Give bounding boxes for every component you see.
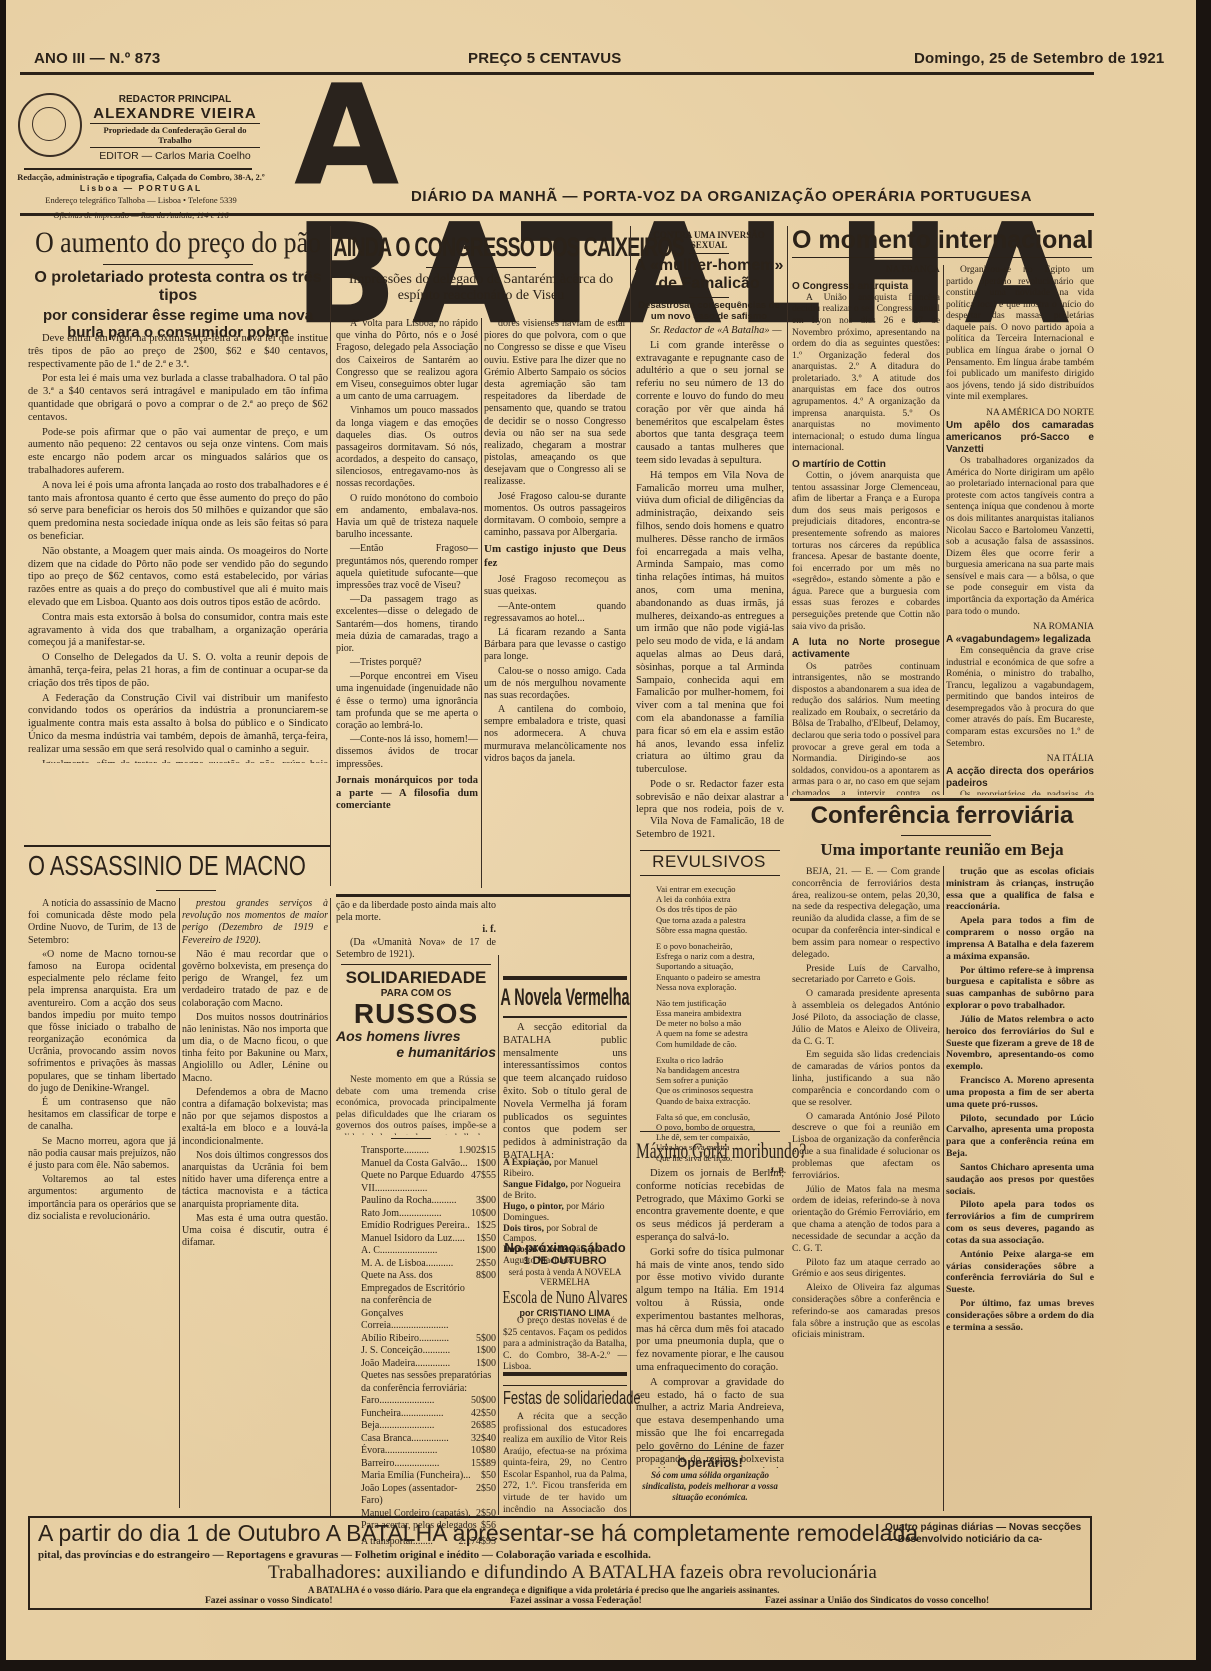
list-item: Casa Branca...............32$40	[361, 1433, 496, 1446]
price: PREÇO 5 CENTAVUS	[468, 50, 622, 67]
operarios-text: Só com uma sólida organização sindicalis…	[634, 1470, 786, 1502]
country-label: NA ROMANIA	[946, 622, 1094, 634]
announcement-banner: A partir do dia 1 de Outubro A BATALHA a…	[28, 1516, 1092, 1610]
ferroviaria-col2: trução que as escolas oficiais ministram…	[946, 866, 1094, 1511]
kicker: CONTRA UMA INVERSÃO SEXUAL	[634, 230, 784, 250]
subhead: Um apêlo dos camaradas americanos pró-Sa…	[946, 420, 1094, 457]
paragraph: A nova lei é pois uma afronta lançada ao…	[28, 480, 328, 544]
novela-intro: A secção editorial da BATALHA public men…	[503, 1022, 627, 1162]
article-subtitle: O proletariado protesta contra os três t…	[28, 269, 328, 305]
banner-side-text: Quatro páginas diárias — Novas secções —…	[885, 1522, 1085, 1546]
subhead: A luta no Norte prosegue activamente	[792, 637, 940, 661]
banner-line3: Trabalhadores: auxiliando e difundindo A…	[268, 1562, 877, 1584]
operarios-title: Operários!	[634, 1455, 786, 1470]
paragraph: É um contrasenso que não hesitamos em cl…	[28, 1097, 176, 1134]
paragraph: A Federação da Construção Civil vai dist…	[28, 693, 328, 757]
list-item: Funcheira.................42$50	[361, 1408, 496, 1421]
paragraph: O ruído monótono do comboio em andamento…	[336, 493, 478, 542]
newspaper-page: ANO III — N.º 873 PREÇO 5 CENTAVUS Domin…	[6, 0, 1196, 1660]
banner-line2: pital, das províncias e do estrangeiro —…	[38, 1549, 651, 1561]
paragraph: José Fragoso recomeçou as suas queixas.	[484, 574, 626, 598]
novela-price: O preço destas novelas é de $25 centavos…	[503, 1316, 627, 1371]
property-line: Propriedade da Confederação Geral do Tra…	[90, 125, 260, 145]
list-item: Beja......................26$85	[361, 1420, 496, 1433]
operarios-box: Operários! Só com uma sólida organização…	[634, 1455, 786, 1502]
list-item: M. A. de Lisboa...........2$50	[361, 1258, 496, 1271]
novela-title: A Novela Vermelha	[499, 984, 631, 1012]
paragraph: Dos muitos nossos doutrinários não lenin…	[182, 1012, 328, 1085]
subhead: Um castigo injusto que Deus fez	[484, 543, 626, 570]
telegraph: Endereço telegráfico Talhoba — Lisboa • …	[16, 195, 266, 206]
list-item: A Expiação, por Manuel Ribeiro.	[503, 1158, 627, 1180]
list-item: Quete no Parque Eduardo VII.............…	[361, 1170, 496, 1195]
cgt-seal-icon	[18, 93, 82, 157]
paragraph: Não é mau recordar que o govêrno bolxevi…	[182, 949, 328, 1010]
article-mulher-homem: CONTRA UMA INVERSÃO SEXUAL A «mulher-hom…	[634, 230, 784, 323]
banner-call-federacao: Fazei assinar a vossa Federação!	[510, 1596, 642, 1606]
paragraph: Dizem os jornais de Berlim, conforme not…	[636, 1168, 784, 1245]
festas-title: Festas de solidariedade	[503, 1388, 647, 1409]
ferroviaria-subtitle: Uma importante reunião em Beja	[790, 840, 1094, 860]
list-item: Emídio Rodrigues Pereira..1$25	[361, 1220, 496, 1233]
issue-number: ANO III — N.º 873	[34, 50, 160, 67]
paragraph: prestou grandes serviços à revolução nos…	[182, 898, 328, 947]
macno-col1: A notícia do assassínio de Macno foi com…	[28, 898, 176, 1508]
paragraph: José Fragoso calou-se durante momentos. …	[484, 491, 626, 540]
paragraph: «O nome de Macno tornou-se famoso na Eur…	[28, 949, 176, 1095]
paragraph: Não obstante, a Moagem quer mais ainda. …	[28, 546, 328, 610]
macno-title: O ASSASSINIO DE MACNO	[28, 850, 262, 882]
date: Domingo, 25 de Setembro de 1921	[914, 50, 1164, 67]
revulsivos-title: REVULSIVOS	[634, 852, 784, 872]
paragraph: Contra mais esta extorsão à bolsa do con…	[28, 612, 328, 650]
novela-next: No próximo sábado 1 DE OUTUBRO será post…	[503, 1240, 627, 1318]
list-item: Barreiro..................15$89	[361, 1458, 496, 1471]
caixeiros-col2: dores visienses haviam de estar piores d…	[484, 318, 626, 888]
paragraph: A notícia do assassínio de Macno foi com…	[28, 898, 176, 947]
country-label: NA ITÁLIA	[946, 754, 1094, 766]
macno-col2: prestou grandes serviços à revolução nos…	[182, 898, 328, 1508]
paragraph: —Ante-ontem quando regressavamos ao hote…	[484, 601, 626, 625]
internacional-col1: NA FRANÇA O Congresso anarquista A União…	[792, 265, 940, 795]
gorki-title: Máximo Gorki moribundo?	[636, 1138, 741, 1164]
paragraph: Calou-se o nosso amigo. Cada um de nós m…	[484, 666, 626, 703]
salutation: Sr. Redactor de «A Batalha» —	[636, 325, 784, 338]
list-item: Manuel da Costa Galvão...1$00	[361, 1158, 496, 1171]
list-item: A. C.......................1$00	[361, 1245, 496, 1258]
paragraph: Os trabalhadores organizados da América …	[946, 456, 1094, 618]
caixeiros-ending: ção e da liberdade posto ainda mais alto…	[336, 900, 496, 924]
paragraph: —Da passagem trago as excelentes—disse o…	[336, 594, 478, 655]
list-item: Évora.....................10$80	[361, 1445, 496, 1458]
subhead: A acção directa dos operários padeiros	[946, 766, 1094, 790]
banner-headline: A partir do dia 1 de Outubro A BATALHA a…	[38, 1520, 918, 1547]
paragraph: Há tempos em Vila Nova de Famalicão morr…	[636, 470, 784, 777]
paragraph: —Então Fragoso—preguntámos nós, querendo…	[336, 543, 478, 592]
subhead: Jornais monárquicos por toda a parte — A…	[336, 775, 478, 813]
paragraph: Mas esta é uma outra questão. Uma coisa …	[182, 1213, 328, 1250]
paragraph: A' volta para Lisboa, no rápido que vinh…	[336, 318, 478, 403]
list-item: J. S. Conceição...........1$00	[361, 1345, 496, 1358]
list-item: Faro......................50$00	[361, 1395, 496, 1408]
editor-label: REDACTOR PRINCIPAL	[90, 94, 260, 105]
mulher-homem-body: Sr. Redactor de «A Batalha» — Li com gra…	[636, 325, 784, 815]
paragraph: Os proprietários de padarias da Lombardi…	[946, 790, 1094, 795]
editor-name: ALEXANDRE VIEIRA	[90, 105, 260, 122]
source: (Da «Umanità Nova» de 17 de Setembro de …	[336, 937, 496, 961]
internacional-title: O momento internacional	[792, 226, 1092, 255]
stanza: Não tem justificação Essa maneira ambide…	[656, 998, 786, 1049]
paragraph: —Porque encontrei em Viseu uma ingenuida…	[336, 671, 478, 732]
article-title: O aumento do preço do pão	[32, 226, 324, 260]
paragraph: —Tristes porquê?	[336, 657, 478, 669]
article-pao: O aumento do preço do pão O proletariado…	[28, 226, 328, 341]
paragraph: A cantilena do comboio, sempre embalador…	[484, 704, 626, 765]
paragraph: —Conte-nos lá isso, homem!—dissemos ávid…	[336, 734, 478, 771]
paragraph: Nos dois últimos congressos dos anarquis…	[182, 1150, 328, 1211]
caixeiros-col1: A' volta para Lisboa, no rápido que vinh…	[336, 318, 478, 818]
article-subtitle: Desastrosas consequências de um novo cas…	[634, 301, 784, 323]
list-item: Quete na Ass. dos Empregados de Escritór…	[361, 1270, 496, 1333]
paragraph: Os patrões continuam intransigentes, não…	[792, 662, 940, 795]
article-caixeiros: AINDA O CONGRESSO DOS CAIXEIROS Impressõ…	[336, 232, 626, 304]
paragraph: dores visienses haviam de estar piores d…	[484, 318, 626, 489]
list-item: João Lopes (assentador-Faro)2$50	[361, 1483, 496, 1508]
festas-body: A récita que a secção profissional dos e…	[503, 1412, 627, 1512]
paragraph: Vinhamos um pouco massados da longa viag…	[336, 405, 478, 490]
donations-list: Transporte..........1.902$15 Manuel da C…	[361, 1145, 496, 1548]
subhead: O Congresso anarquista	[792, 281, 940, 293]
paragraph: Pode-se pois afirmar que o pão vai aumen…	[28, 427, 328, 478]
list-item: Hugo, o pintor, por Mário Domingues.	[503, 1202, 627, 1224]
country-label: NA AMÉRICA DO NORTE	[946, 408, 1094, 420]
paragraph: Defendemos a obra de Macno contra a difa…	[182, 1087, 328, 1148]
solidariedade-intro: Neste momento em que a Rússia se debate …	[336, 1075, 496, 1135]
paragraph: Organizou-se no Egipto um partido operár…	[946, 265, 1094, 404]
editorial-block: REDACTOR PRINCIPAL ALEXANDRE VIEIRA Prop…	[90, 94, 260, 162]
stanza: E o povo bonacheirão, Esfrega o nariz co…	[656, 941, 786, 992]
paragraph: Deve entrar em vigor na próxima terça-fe…	[28, 333, 328, 371]
list-item: Transporte..........1.902$15	[361, 1145, 496, 1158]
dateline: Vila Nova de Famalicão, 18 de Setembro d…	[636, 816, 784, 842]
paragraph: Igualmente, afim de tratar da magna ques…	[28, 759, 328, 764]
signature: i. f.	[336, 924, 496, 936]
gorki-body: Dizem os jornais de Berlim, conforme not…	[636, 1168, 784, 1468]
city: Lisboa — PORTUGAL	[16, 183, 266, 194]
country-label: NA FRANÇA	[792, 265, 940, 277]
subhead: A «vagabundagem» legalizada	[946, 634, 1094, 646]
tagline: DIÁRIO DA MANHÃ — PORTA-VOZ DA ORGANIZAÇ…	[411, 188, 1032, 205]
banner-call-sindicato: Fazei assinar o vosso Sindicato!	[205, 1596, 333, 1606]
list-item: João Madeira..............1$00	[361, 1358, 496, 1371]
banner-line4: A BATALHA é o vosso diário. Para que ela…	[308, 1585, 779, 1595]
subhead: O martírio de Cottin	[792, 459, 940, 471]
paragraph: Por esta lei é mais uma vez burlada a cl…	[28, 373, 328, 424]
list-item: Manuel Isidoro da Luz.....1$50	[361, 1233, 496, 1246]
stanza: Exulta o rico ladrão Na bandidagem ances…	[656, 1055, 786, 1106]
list-item: Maria Emília (Funcheira)...$50	[361, 1470, 496, 1483]
paragraph: Li com grande interêsse o extravagante e…	[636, 340, 784, 468]
solidariedade-box: SOLIDARIEDADE PARA COM OS RUSSOS Aos hom…	[336, 968, 496, 1060]
paragraph: A União anarquista francêsa decidiu real…	[792, 293, 940, 455]
masthead-rule	[20, 213, 1094, 216]
list-item: Paulino da Rocha..........3$00	[361, 1195, 496, 1208]
paragraph: O Conselho de Delegados da U. S. O. volt…	[28, 652, 328, 690]
article-pao-body: Deve entrar em vigor na próxima terça-fe…	[28, 333, 328, 763]
stanza: Vai entrar em execução A lei da conhóia …	[656, 884, 786, 935]
paragraph: Lá ficaram rezando a Santa Bárbara para …	[484, 627, 626, 664]
article-title: AINDA O CONGRESSO DOS CAIXEIROS	[333, 232, 628, 263]
paragraph: Se Macno morreu, agora que já não podia …	[28, 1136, 176, 1173]
list-item: Quetes nas sessões preparatórias da conf…	[361, 1370, 496, 1395]
article-subtitle: Impressões do delegado de Santarém àcêrc…	[336, 272, 626, 304]
internacional-col2: Organizou-se no Egipto um partido operár…	[946, 265, 1094, 795]
banner-call-uniao: Fazei assinar a União dos Sindicatos do …	[765, 1596, 989, 1606]
editor-line: EDITOR — Carlos Maria Coelho	[90, 150, 260, 162]
paragraph: Pode o sr. Redactor fazer esta sobrevisã…	[636, 779, 784, 815]
list-item: Rato Jom.................10$00	[361, 1208, 496, 1221]
list-item: Abílio Ribeiro............5$00	[361, 1333, 496, 1346]
paragraph: Gorki sofre do tísica pulmonar há mais d…	[636, 1247, 784, 1375]
article-title: A «mulher-homem» de Famalicão	[634, 257, 784, 294]
paragraph: Em consequência da grave crise industria…	[946, 646, 1094, 750]
solidariedade-title: SOLIDARIEDADE	[336, 968, 496, 988]
ferroviaria-title: Conferência ferroviária	[790, 802, 1094, 830]
list-item: Sangue Fidalgo, por Nogueira de Brito.	[503, 1180, 627, 1202]
russos-title: RUSSOS	[336, 999, 496, 1028]
address: Redacção, administração e tipografia, Ca…	[16, 172, 266, 183]
paragraph: Cottin, o jóvem anarquista que tentou as…	[792, 471, 940, 633]
paragraph: Voltaremos ao tal estes argumentos: argu…	[28, 1174, 176, 1223]
ferroviaria-col1: BEJA, 21. — E. — Com grande concorrência…	[792, 866, 940, 1511]
